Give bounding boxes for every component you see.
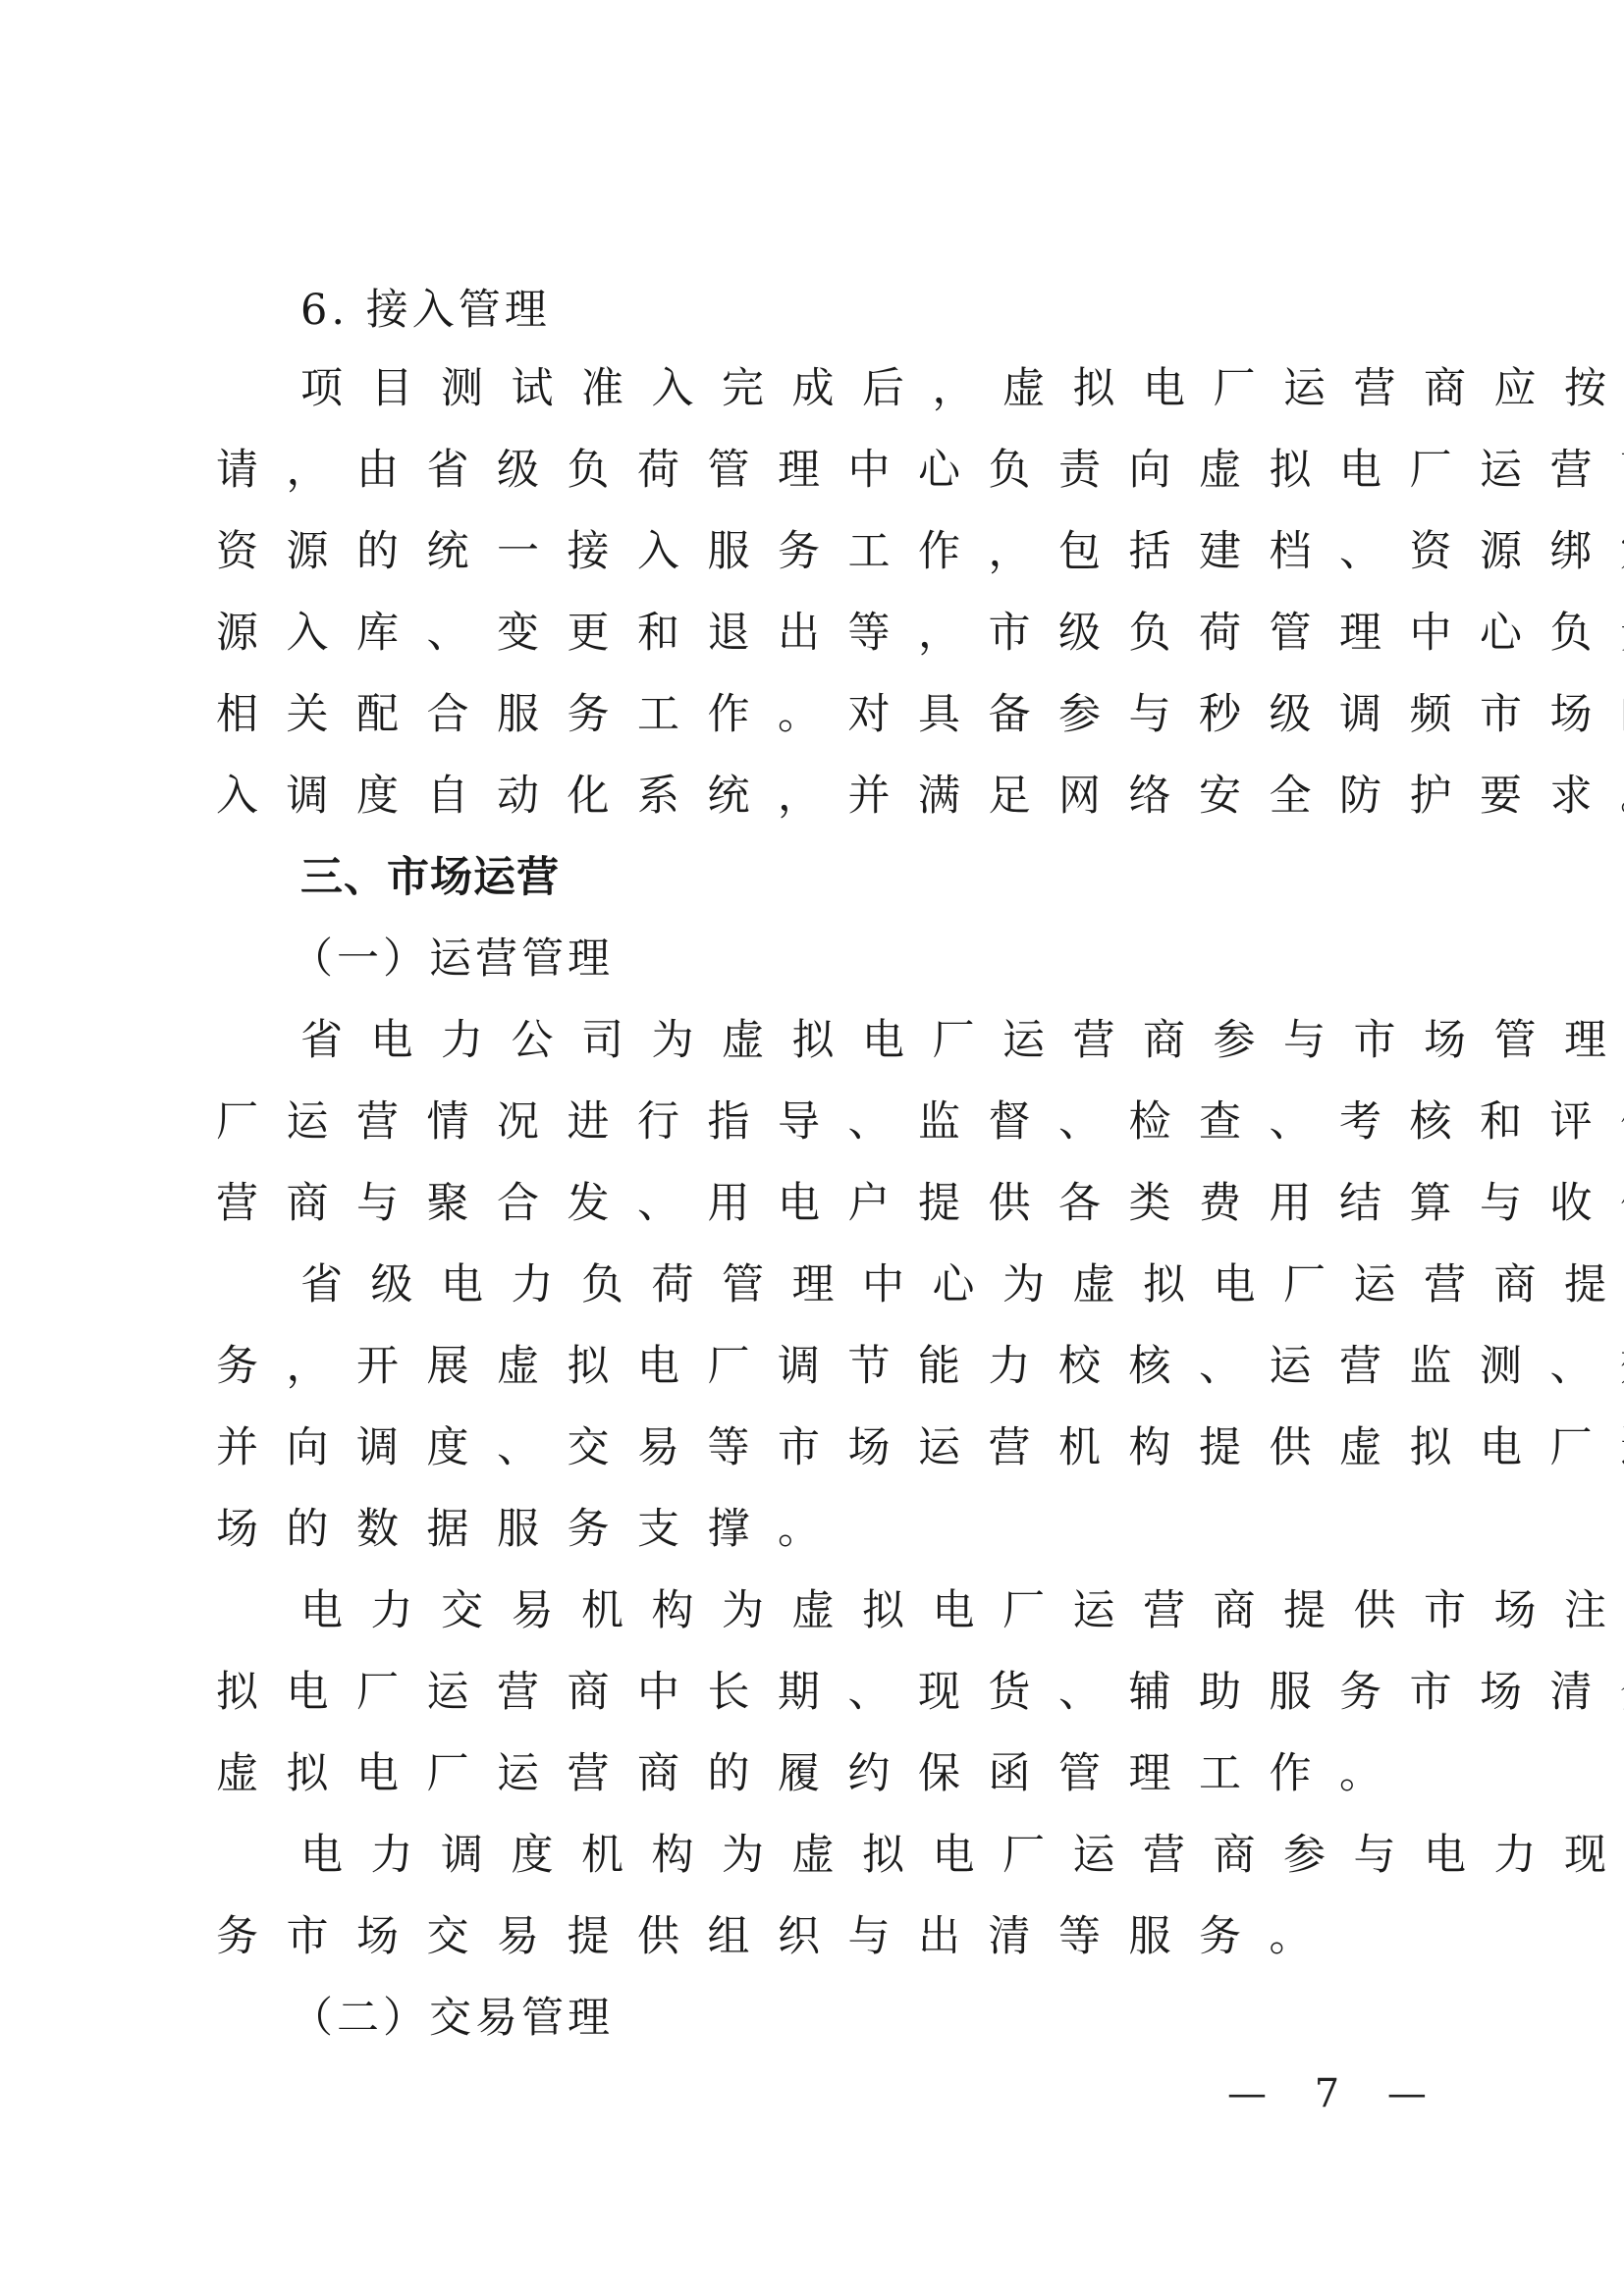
paragraph-line: 入调度自动化系统，并满足网络安全防护要求。 — [216, 767, 1434, 826]
paragraph-line: 电力调度机构为虚拟电厂运营商参与电力现货市场与辅助服 — [300, 1826, 1518, 1885]
paragraph-line: 场的数据服务支撑。 — [216, 1500, 1434, 1559]
document-page: 6. 接入管理 项目测试准入完成后，虚拟电厂运营商应按要求提出接入申 请，由省级… — [0, 0, 1624, 2296]
paragraph-line: 资源的统一接入服务工作，包括建档、资源绑定、能力校核、资 — [216, 522, 1434, 581]
page-number: — 7 — — [1227, 2069, 1444, 2118]
paragraph-line: 营商与聚合发、用电户提供各类费用结算与收付服务。 — [216, 1174, 1434, 1233]
paragraph-line: 相关配合服务工作。对具备参与秒级调频市场的虚拟电厂按需接 — [216, 685, 1434, 744]
paragraph-line: 拟电厂运营商中长期、现货、辅助服务市场清分结算依据，开展 — [216, 1663, 1434, 1722]
subsection-heading-trading-management: （二）交易管理 — [291, 1989, 1508, 2048]
paragraph-line: 务，开展虚拟电厂调节能力校核、运营监测、效果评估等工作， — [216, 1337, 1434, 1396]
paragraph-line: 电力交易机构为虚拟电厂运营商提供市场注册服务，出具虚 — [300, 1581, 1518, 1640]
subsection-heading-operation-management: （一）运营管理 — [291, 930, 1508, 988]
paragraph-line: 源入库、变更和退出等，市级负荷管理中心负责做好业务受理及 — [216, 604, 1434, 663]
paragraph-line: 项目测试准入完成后，虚拟电厂运营商应按要求提出接入申 — [300, 359, 1518, 418]
paragraph-line: 省电力公司为虚拟电厂运营商参与市场管理单位，对虚拟电 — [300, 1011, 1518, 1070]
paragraph-line: 务市场交易提供组织与出清等服务。 — [216, 1907, 1434, 1966]
paragraph-line: 厂运营情况进行指导、监督、检查、考核和评价，为虚拟电厂运 — [216, 1093, 1434, 1151]
paragraph-line: 并向调度、交易等市场运营机构提供虚拟电厂运营商参与电力市 — [216, 1418, 1434, 1477]
paragraph-line: 请，由省级负荷管理中心负责向虚拟电厂运营商提供平台及聚合 — [216, 441, 1434, 500]
section-heading-access-management: 6. 接入管理 — [300, 281, 1518, 340]
paragraph-line: 虚拟电厂运营商的履约保函管理工作。 — [216, 1744, 1434, 1803]
paragraph-line: 省级电力负荷管理中心为虚拟电厂运营商提供市场运营服 — [300, 1255, 1518, 1314]
section-heading-market-operation: 三、市场运营 — [300, 848, 1518, 907]
